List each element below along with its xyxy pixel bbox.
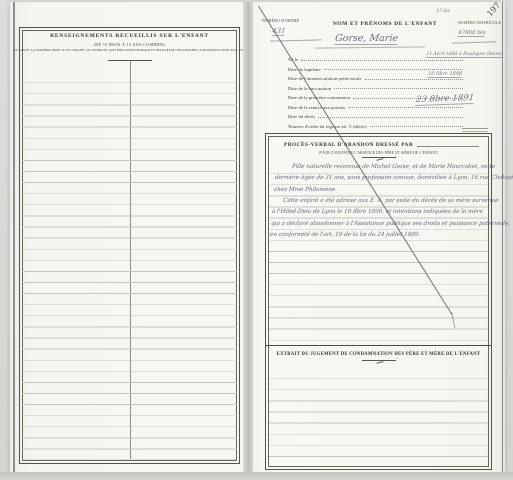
field-label: Date de la remise aux parents — [288, 105, 345, 110]
field-row: Date de la vaccination — [288, 81, 466, 90]
remise-date-value: 23 8bre 1891 — [415, 93, 474, 106]
pv-squiggle-divider — [362, 157, 396, 158]
birth-date-value: 21 Avril 1884 à Boulogne (Seine) — [426, 52, 504, 58]
field-label: Date du baptême — [288, 67, 321, 72]
handwriting-line: Fille naturelle reconnue de Michel Gorse… — [275, 161, 490, 172]
dotted-leader — [334, 88, 463, 89]
left-page-subtitle: (DE 13 MOIS À 13 ANS COMPRIS) — [20, 42, 239, 47]
field-label: Date de la première communion — [288, 95, 350, 100]
extrait-ruled-lines — [269, 368, 488, 467]
proces-verbal-frame: PROCÈS-VERBAL D'ABANDON DRESSÉ PAR POUR … — [265, 133, 492, 470]
dotted-leader — [318, 117, 463, 118]
field-label: Numéro d'ordre du registre art. 5 (décès… — [288, 124, 367, 129]
binding-edge-line — [13, 2, 15, 472]
page-gutter — [243, 2, 253, 472]
handwriting-line: qui a déclaré abandonner à l'Assistance … — [271, 218, 486, 229]
left-ruled-lines — [22, 72, 237, 460]
fields-block: Né le Date du baptême Date de l'immatric… — [288, 53, 466, 129]
pv-subtitle: POUR CONSTATER L'ABSENCE DES PÈRE ET MÈR… — [266, 151, 491, 155]
handwriting-line: dernière âgée de 31 ans, sans profession… — [274, 172, 489, 183]
field-label: Date du décès — [288, 114, 315, 119]
extrait-divider — [266, 345, 491, 346]
register-scan: RENSEIGNEMENTS RECUEILLIS SUR L'ENFANT (… — [0, 0, 513, 480]
scan-bottom-margin — [0, 472, 513, 480]
left-page-title: RENSEIGNEMENTS RECUEILLIS SUR L'ENFANT — [20, 33, 239, 39]
printer-mark — [462, 128, 488, 132]
immatriculation-date-value: 10 8bre 1890 — [428, 71, 463, 78]
field-label: Date de l'immatriculation préfectorale — [288, 76, 362, 81]
field-row: Numéro d'ordre du registre art. 5 (décès… — [288, 119, 466, 128]
child-name-value: Gorse, Marie — [334, 33, 398, 45]
pv-title-rule — [417, 146, 479, 147]
page-right-edge-line — [502, 2, 504, 472]
dotted-leader — [348, 107, 463, 108]
pv-title: PROCÈS-VERBAL D'ABANDON DRESSÉ PAR — [284, 142, 413, 148]
extrait-squiggle-divider — [362, 360, 396, 361]
field-row: Date du décès — [288, 110, 466, 119]
matricule-label: NUMÉRO MATRICULE — [458, 21, 501, 25]
handwriting-line: chez Mme Philomène. — [273, 184, 488, 195]
handwriting-line: en conformité de l'art. 19 de la loi du … — [270, 229, 485, 240]
dotted-leader — [365, 79, 463, 80]
extrait-title: EXTRAIT DU JUGEMENT DE CONDAMNATION DES … — [266, 352, 491, 357]
left-page-description: SA SANTÉ, LA MANIÈRE DONT IL EST SOIGNÉ,… — [13, 49, 246, 52]
handwriting-line: à l'Hôtel-Dieu de Lyon le 10 8bre 1890, … — [272, 206, 487, 217]
dotted-leader — [370, 126, 463, 127]
child-name-title: NOM ET PRÉNOMS DE L'ENFANT — [320, 21, 450, 27]
pv-title-row: PROCÈS-VERBAL D'ABANDON DRESSÉ PAR — [284, 142, 481, 148]
matricule-value: 47866 bis — [458, 30, 486, 37]
left-page-frame: RENSEIGNEMENTS RECUEILLIS SUR L'ENFANT (… — [19, 27, 240, 464]
dotted-leader — [301, 60, 463, 61]
corner-note: 17 bis — [436, 9, 450, 14]
